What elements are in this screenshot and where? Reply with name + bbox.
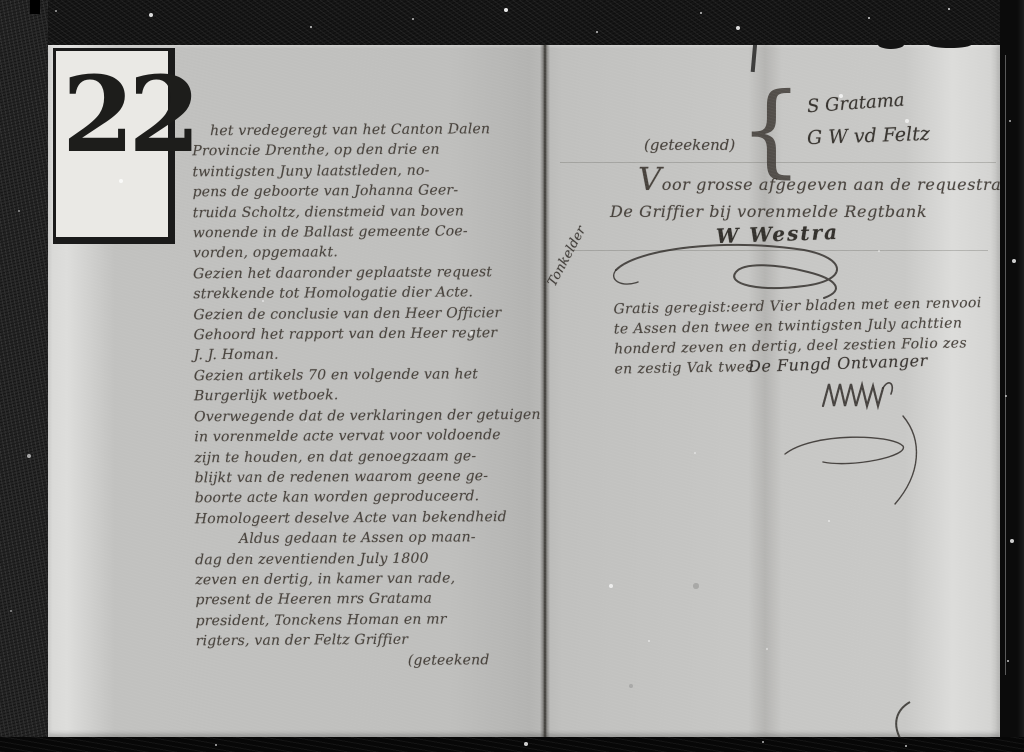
manuscript-line-4: pens de geboorte van Johanna Geer- <box>193 180 553 203</box>
left-page-text: het vredegeregt van het Canton DalenProv… <box>192 119 556 672</box>
receiver-title: De Fungd Ontvanger <box>748 351 928 376</box>
manuscript-line-1: Gratis geregist:eerd Vier bladen met een… <box>613 293 1013 320</box>
griffier-signature: W Westra <box>716 220 840 248</box>
manuscript-line-5: truida Scholtz, dienstmeid van boven <box>193 200 553 223</box>
manuscript-line-27: (geteekend <box>408 649 556 670</box>
signatures-block: (geteekend) { S GratamaG W vd Feltz <box>644 84 930 176</box>
manuscript-line-26: rigters, van der Feltz Griffier <box>196 629 556 652</box>
manuscript-line-2: te Assen den twee en twintigsten July ac… <box>614 313 1014 340</box>
brace-glyph: { <box>739 84 803 176</box>
manuscript-line-22: dag den zeventienden July 1800 <box>195 547 555 570</box>
paper-crease <box>568 250 988 251</box>
manuscript-line-14: Burgerlijk wetboek. <box>194 384 554 407</box>
frame-number-tag: 22 <box>53 48 175 244</box>
spine-annotation: Tonkelder <box>545 185 610 289</box>
microfilm-frame: het vredegeregt van het Canton DalenProv… <box>0 0 1024 752</box>
manuscript-line-9: strekkende tot Homologatie dier Acte. <box>193 282 553 305</box>
manuscript-line-10: Gezien de conclusie van den Heer Officie… <box>193 302 553 325</box>
receiver-signature-squiggle-icon <box>783 376 963 511</box>
signed-label: (geteekend) <box>644 136 735 154</box>
film-edge-mark <box>30 0 40 14</box>
paper-edge-tear <box>928 40 972 48</box>
manuscript-line-6: wonende in de Ballast gemeente Coe- <box>193 221 553 244</box>
manuscript-line-20: Homologeert deselve Acte van bekendheid <box>195 506 555 529</box>
registration-note: Gratis geregist:eerd Vier bladen met een… <box>613 293 1014 380</box>
manuscript-line-1: Voor grosse afgegeven aan de requestrant… <box>638 166 1010 198</box>
manuscript-line-3: twintigsten Juny laatstleden, no- <box>192 160 552 183</box>
manuscript-line-24: present de Heeren mrs Gratama <box>195 588 555 611</box>
manuscript-line-2: De Griffier bij vorenmelde Regtbank <box>610 198 1010 225</box>
signature-2: G W vd Feltz <box>806 123 930 149</box>
manuscript-line-23: zeven en dertig, in kamer van rade, <box>195 568 555 591</box>
film-border-bottom <box>0 737 1024 752</box>
film-border-right <box>1000 0 1024 752</box>
film-scratch <box>1005 55 1006 675</box>
film-border-top <box>0 0 1024 45</box>
manuscript-line-12: J. J. Homan. <box>194 343 554 366</box>
manuscript-line-25: president, Tonckens Homan en mr <box>196 608 556 631</box>
manuscript-line-13: Gezien artikels 70 en volgende van het <box>194 364 554 387</box>
manuscript-line-17: zijn te houden, en dat genoegzaam ge- <box>194 445 554 468</box>
manuscript-line-11: Gehoord het rapport van den Heer regter <box>194 323 554 346</box>
manuscript-line-7: vorden, opgemaakt. <box>193 241 553 264</box>
paper-edge-tear <box>878 40 904 49</box>
manuscript-line-16: in vorenmelde acte vervat voor voldoende <box>194 425 554 448</box>
grosse-statement: Voor grosse afgegeven aan de requestrant… <box>610 166 1010 225</box>
manuscript-line-4: en zestig Vak twee. <box>614 353 1014 380</box>
manuscript-line-19: boorte acte kan worden geproduceerd. <box>195 486 555 509</box>
manuscript-line-2: Provincie Drenthe, op den drie en <box>192 139 552 162</box>
manuscript-line-1: het vredegeregt van het Canton Dalen <box>210 119 552 142</box>
manuscript-line-15: Overwegende dat de verklaringen der getu… <box>194 404 554 427</box>
manuscript-line-8: Gezien het daaronder geplaatste request <box>193 262 553 285</box>
page-stain <box>748 44 782 738</box>
manuscript-line-3: honderd zeven en dertig, deel zestien Fo… <box>614 333 1014 360</box>
manuscript-line-18: blijkt van de redenen waarom geene ge- <box>195 466 555 489</box>
signature-flourish-icon <box>608 228 868 323</box>
paper-crease <box>560 162 996 163</box>
manuscript-line-21: Aldus gedaan te Assen op maan- <box>239 527 555 550</box>
film-border-left <box>0 0 48 752</box>
frame-number: 22 <box>62 63 168 167</box>
signatories: S GratamaG W vd Feltz <box>807 84 930 147</box>
book-spine <box>540 44 550 738</box>
signature-1: S Gratama <box>806 88 930 118</box>
